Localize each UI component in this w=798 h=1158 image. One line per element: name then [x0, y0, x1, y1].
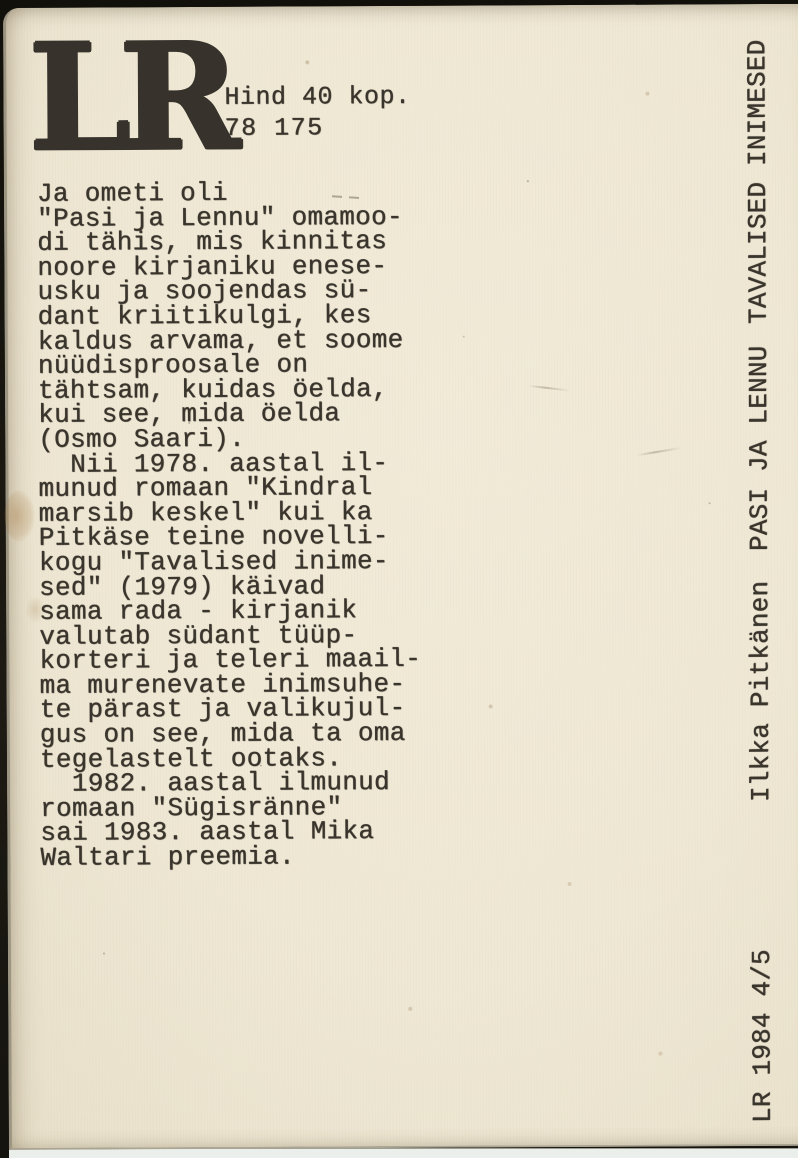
publisher-logo: LR — [28, 25, 229, 172]
spine-title-secondary: TAVALISED INIMESED — [743, 40, 774, 325]
book-back-cover: LR Hind 40 kop. 78 175 Ja ometi oli "Pas… — [3, 4, 798, 1150]
spine-title: PASI JA LENNU — [745, 346, 776, 552]
scratch-mark — [636, 447, 682, 456]
blurb-text: Ja ometi oli "Pasi ja Lennu" omamoo- di … — [37, 180, 422, 871]
catalog-number: 78 175 — [225, 113, 324, 143]
price-label: Hind 40 kop. — [224, 82, 410, 112]
spine-author: Ilkka Pitkänen — [746, 581, 777, 802]
paper-stain — [5, 490, 35, 542]
scanner-background: LR Hind 40 kop. 78 175 Ja ometi oli "Pas… — [0, 0, 798, 1158]
scanner-bed-strip — [9, 1148, 798, 1158]
paper-speckles — [6, 8, 8, 10]
spine-series-code: LR 1984 4/5 — [748, 949, 779, 1123]
scratch-mark — [528, 385, 570, 392]
